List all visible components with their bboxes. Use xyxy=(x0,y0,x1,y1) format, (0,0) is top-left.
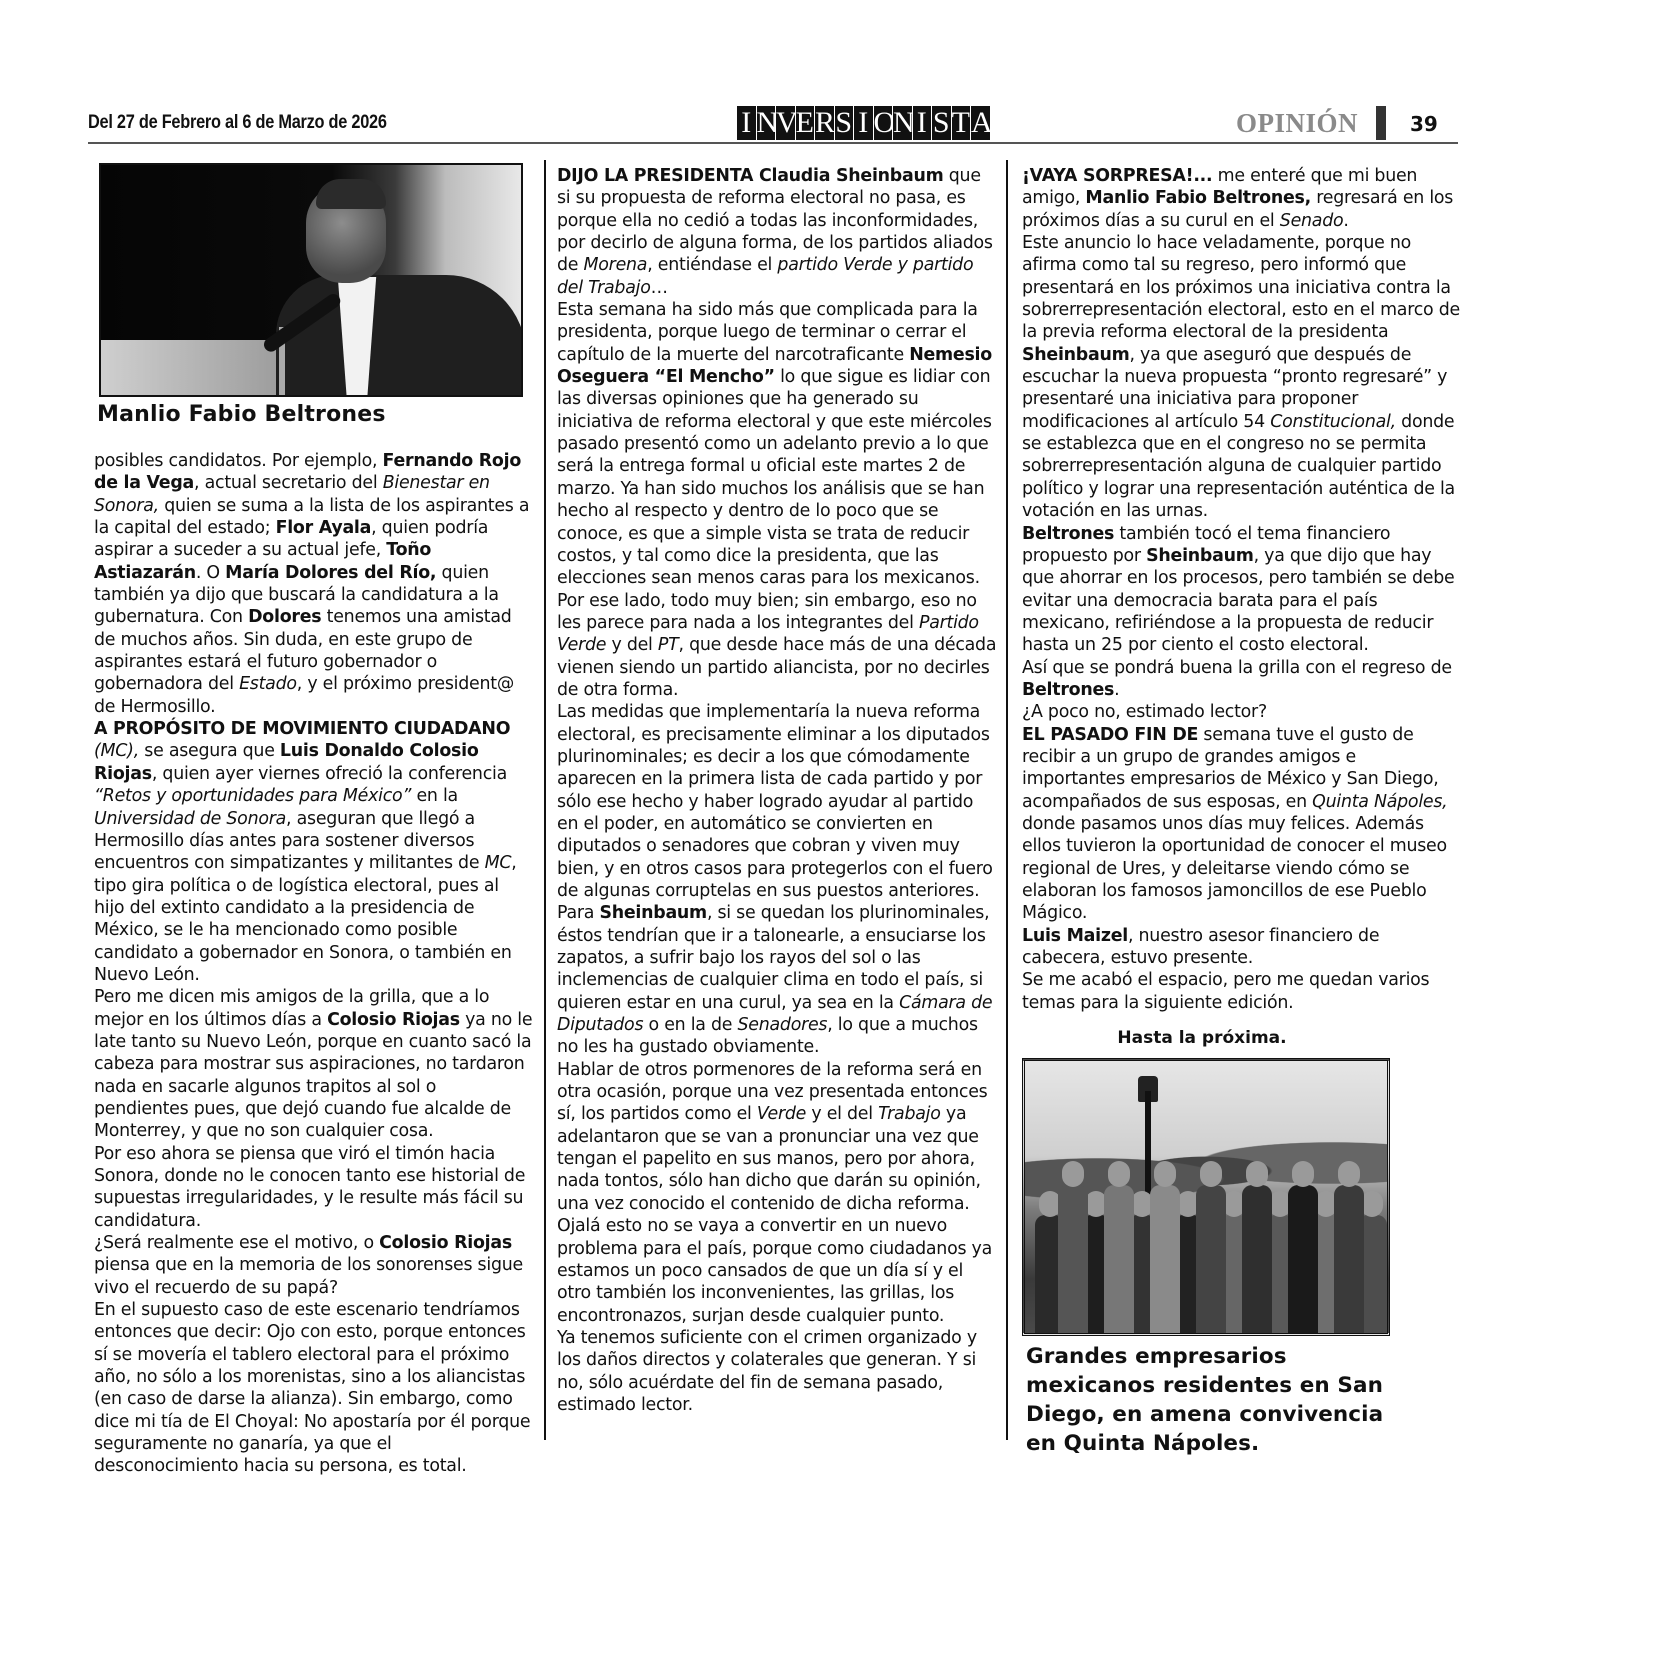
article-column-3: ¡VAYA SORPRESA!... me enteré que mi buen… xyxy=(1022,165,1462,1014)
article-paragraph: Ya tenemos suficiente con el crimen orga… xyxy=(557,1327,997,1416)
group-photo xyxy=(1022,1058,1390,1336)
article-paragraph: Se me acabó el espacio, pero me quedan v… xyxy=(1022,969,1462,1014)
logo-letter: R xyxy=(814,106,834,140)
article-paragraph: A PROPÓSITO DE MOVIMIENTO CIUDADANO (MC)… xyxy=(94,718,534,986)
logo-letter: N xyxy=(892,106,912,140)
article-paragraph: posibles candidatos. Por ejemplo, Fernan… xyxy=(94,450,534,718)
article-paragraph: DIJO LA PRESIDENTA Claudia Sheinbaum que… xyxy=(557,165,997,299)
person-silhouette xyxy=(1242,1161,1272,1336)
article-paragraph: ¡VAYA SORPRESA!... me enteré que mi buen… xyxy=(1022,165,1462,232)
masthead: Del 27 de Febrero al 6 de Marzo de 2026 … xyxy=(88,106,1458,144)
person-silhouette xyxy=(1196,1161,1226,1336)
logo-letter: I xyxy=(853,106,873,140)
section-title: OPINIÓN xyxy=(1236,108,1358,139)
person-silhouette xyxy=(1104,1161,1134,1336)
article-paragraph: Este anuncio lo hace veladamente, porque… xyxy=(1022,232,1462,522)
article-paragraph: Hablar de otros pormenores de la reforma… xyxy=(557,1059,997,1215)
logo-letter: E xyxy=(795,106,815,140)
page-number: 39 xyxy=(1410,112,1438,136)
article-paragraph: Las medidas que implementaría la nueva r… xyxy=(557,701,997,902)
article-paragraph: ¿Será realmente ese el motivo, o Colosio… xyxy=(94,1232,534,1299)
article-paragraph: Ojalá esto no se vaya a convertir en un … xyxy=(557,1215,997,1327)
article-paragraph: Por eso ahora se piensa que viró el timó… xyxy=(94,1143,534,1232)
logo-letter: O xyxy=(873,106,893,140)
article-paragraph: Pero me dicen mis amigos de la grilla, q… xyxy=(94,986,534,1142)
person-silhouette xyxy=(1288,1161,1318,1336)
article-paragraph: EL PASADO FIN DE semana tuve el gusto de… xyxy=(1022,724,1462,925)
section-bar-divider xyxy=(1376,106,1386,140)
logo-letter: N xyxy=(756,106,776,140)
article-paragraph: Por ese lado, todo muy bien; sin embargo… xyxy=(557,590,997,702)
logo-letter: A xyxy=(970,106,990,140)
person-silhouette xyxy=(1334,1161,1364,1336)
article-paragraph: Así que se pondrá buena la grilla con el… xyxy=(1022,657,1462,702)
logo-letter: S xyxy=(834,106,854,140)
group-photo-caption: Grandes empresarios mexicanos residentes… xyxy=(1026,1342,1406,1458)
article-paragraph: Para Sheinbaum, si se quedan los plurino… xyxy=(557,902,997,1058)
person-silhouette xyxy=(1058,1161,1088,1336)
publication-logo: INVERSIONISTA xyxy=(736,106,990,140)
column-divider xyxy=(1006,160,1008,1440)
article-paragraph: Luis Maizel, nuestro asesor financiero d… xyxy=(1022,925,1462,970)
newspaper-page: Del 27 de Febrero al 6 de Marzo de 2026 … xyxy=(0,0,1654,1654)
logo-letter: I xyxy=(736,106,756,140)
article-paragraph: ¿A poco no, estimado lector? xyxy=(1022,701,1462,723)
portrait-photo xyxy=(99,163,523,397)
article-paragraph: En el supuesto caso de este escenario te… xyxy=(94,1299,534,1478)
logo-letter: S xyxy=(931,106,951,140)
logo-letter: T xyxy=(951,106,971,140)
article-paragraph: Beltrones también tocó el tema financier… xyxy=(1022,523,1462,657)
article-paragraph: Esta semana ha sido más que complicada p… xyxy=(557,299,997,589)
portrait-caption: Manlio Fabio Beltrones xyxy=(97,402,386,427)
group-of-people xyxy=(1025,1171,1387,1336)
article-column-2: DIJO LA PRESIDENTA Claudia Sheinbaum que… xyxy=(557,165,997,1416)
closing-line: Hasta la próxima. xyxy=(1022,1028,1382,1048)
column-divider xyxy=(544,160,546,1440)
logo-letter: V xyxy=(775,106,795,140)
article-column-1: posibles candidatos. Por ejemplo, Fernan… xyxy=(94,450,534,1478)
logo-letter: I xyxy=(912,106,932,140)
issue-date-range: Del 27 de Febrero al 6 de Marzo de 2026 xyxy=(88,112,387,134)
person-silhouette xyxy=(1150,1161,1180,1336)
